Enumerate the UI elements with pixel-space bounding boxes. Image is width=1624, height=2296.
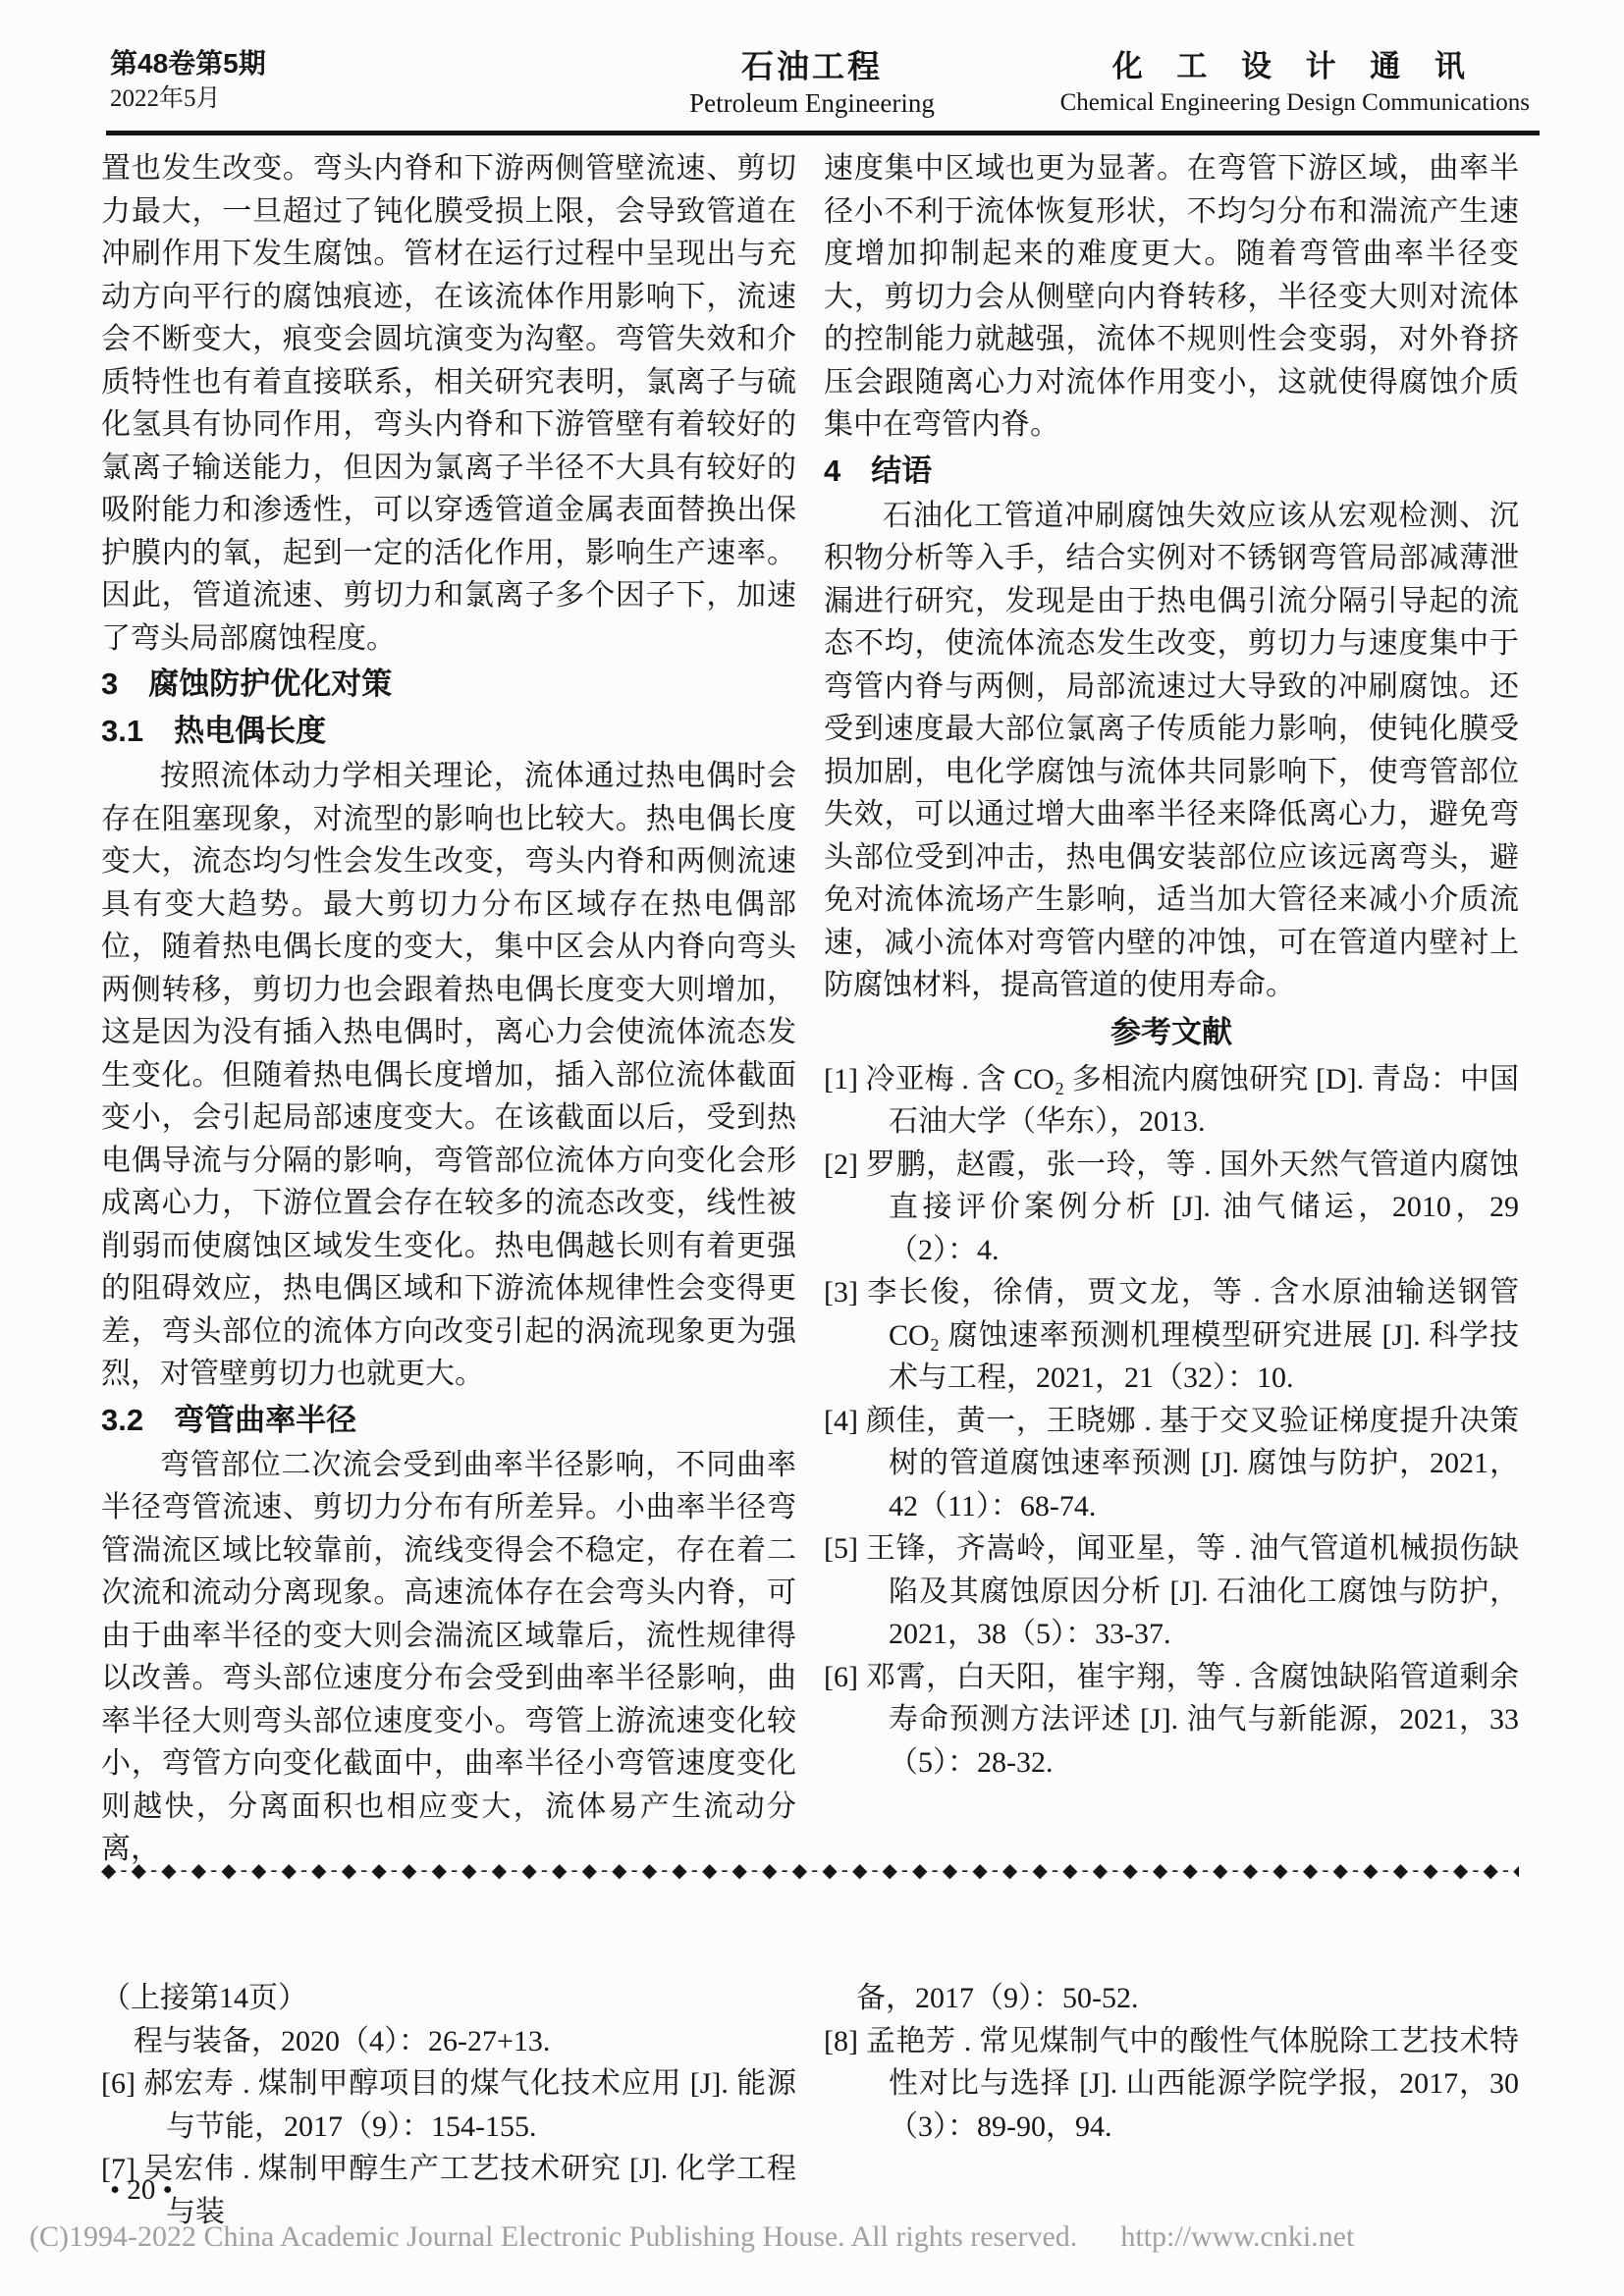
journal-title-cn: 石油工程 bbox=[591, 47, 1033, 86]
publication-title-en: Chemical Engineering Design Communicatio… bbox=[1060, 86, 1530, 120]
volume-issue: 第48卷第5期 bbox=[110, 45, 266, 82]
references-title: 参考文献 bbox=[824, 1009, 1519, 1056]
left-column: 置也发生改变。弯头内脊和下游两侧管壁流速、剪切力最大，一旦超过了钝化膜受损上限，… bbox=[101, 147, 796, 1871]
copyright-text: (C)1994-2022 China Academic Journal Elec… bbox=[29, 2220, 1077, 2253]
header-rule bbox=[106, 131, 1540, 135]
header-issue-block: 第48卷第5期 2022年5月 bbox=[110, 45, 266, 116]
continuation-note: （上接第14页） bbox=[101, 1977, 796, 2020]
section-heading-3-2: 3.2 弯管曲率半径 bbox=[101, 1397, 796, 1443]
reference-item: [4] 颜佳，黄一，王晓娜 . 基于交叉验证梯度提升决策树的管道腐蚀速率预测 [… bbox=[824, 1400, 1519, 1528]
issue-date: 2022年5月 bbox=[110, 82, 266, 116]
continuation-columns: （上接第14页） 程与装备，2020（4）：26-27+13. [6] 郝宏寿 … bbox=[101, 1977, 1519, 2233]
header-journal-block: 石油工程 Petroleum Engineering bbox=[591, 47, 1033, 120]
cnki-url: http://www.cnki.net bbox=[1120, 2220, 1354, 2253]
reference-item: [3] 李长俊，徐倩，贾文龙，等 . 含水原油输送钢管 CO₂ 腐蚀速率预测机理… bbox=[824, 1271, 1519, 1400]
main-columns: 置也发生改变。弯头内脊和下游两侧管壁流速、剪切力最大，一旦超过了钝化膜受损上限，… bbox=[101, 147, 1519, 1871]
journal-title-en: Petroleum Engineering bbox=[591, 86, 1033, 120]
body-paragraph-4: 石油化工管道冲刷腐蚀失效应该从宏观检测、沉积物分析等入手，结合实例对不锈钢弯管局… bbox=[824, 495, 1519, 1007]
continuation-fragment: 备，2017（9）：50-52. bbox=[824, 1977, 1519, 2020]
body-paragraph-3-2: 弯管部位二次流会受到曲率半径影响，不同曲率半径弯管流速、剪切力分布有所差异。小曲… bbox=[101, 1444, 796, 1871]
publication-title-cn: 化 工 设 计 通 讯 bbox=[1060, 47, 1530, 86]
section-heading-3-1: 3.1 热电偶长度 bbox=[101, 708, 796, 754]
body-paragraph-continued-right: 速度集中区域也更为显著。在弯管下游区域，曲率半径小不利于流体恢复形状，不均匀分布… bbox=[824, 147, 1519, 447]
copyright-footer: (C)1994-2022 China Academic Journal Elec… bbox=[29, 2220, 1600, 2254]
reference-item: [1] 冷亚梅 . 含 CO₂ 多相流内腐蚀研究 [D]. 青岛：中国石油大学（… bbox=[824, 1058, 1519, 1144]
section-heading-4: 4 结语 bbox=[824, 448, 1519, 494]
reference-item: [6] 郝宏寿 . 煤制甲醇项目的煤气化技术应用 [J]. 能源与节能，2017… bbox=[101, 2062, 796, 2148]
continuation-right-column: 备，2017（9）：50-52. [8] 孟艳芳 . 常见煤制气中的酸性气体脱除… bbox=[824, 1977, 1519, 2233]
reference-item: [2] 罗鹏，赵霞，张一玲，等 . 国外天然气管道内腐蚀直接评价案例分析 [J]… bbox=[824, 1144, 1519, 1272]
body-paragraph-continued: 置也发生改变。弯头内脊和下游两侧管壁流速、剪切力最大，一旦超过了钝化膜受损上限，… bbox=[101, 147, 796, 660]
section-heading-3: 3 腐蚀防护优化对策 bbox=[101, 661, 796, 707]
header-publication-block: 化 工 设 计 通 讯 Chemical Engineering Design … bbox=[1060, 47, 1530, 120]
section-divider: ◆-◆-◆-◆-◆-◆-◆-◆-◆-◆-◆-◆-◆-◆-◆-◆-◆-◆-◆-◆-… bbox=[101, 1858, 1519, 1882]
right-column: 速度集中区域也更为显著。在弯管下游区域，曲率半径小不利于流体恢复形状，不均匀分布… bbox=[824, 147, 1519, 1871]
continuation-left-column: （上接第14页） 程与装备，2020（4）：26-27+13. [6] 郝宏寿 … bbox=[101, 1977, 796, 2233]
reference-item: [6] 邓霄，白天阳，崔宇翔，等 . 含腐蚀缺陷管道剩余寿命预测方法评述 [J]… bbox=[824, 1656, 1519, 1785]
reference-item: [5] 王锋，齐嵩岭，闻亚星，等 . 油气管道机械损伤缺陷及其腐蚀原因分析 [J… bbox=[824, 1527, 1519, 1656]
continuation-fragment: 程与装备，2020（4）：26-27+13. bbox=[101, 2020, 796, 2063]
journal-page: 第48卷第5期 2022年5月 石油工程 Petroleum Engineeri… bbox=[0, 0, 1624, 2296]
body-paragraph-3-1: 按照流体动力学相关理论，流体通过热电偶时会存在阻塞现象，对流型的影响也比较大。热… bbox=[101, 755, 796, 1396]
reference-item: [8] 孟艳芳 . 常见煤制气中的酸性气体脱除工艺技术特性对比与选择 [J]. … bbox=[824, 2020, 1519, 2149]
page-number: • 20 • bbox=[110, 2174, 173, 2207]
